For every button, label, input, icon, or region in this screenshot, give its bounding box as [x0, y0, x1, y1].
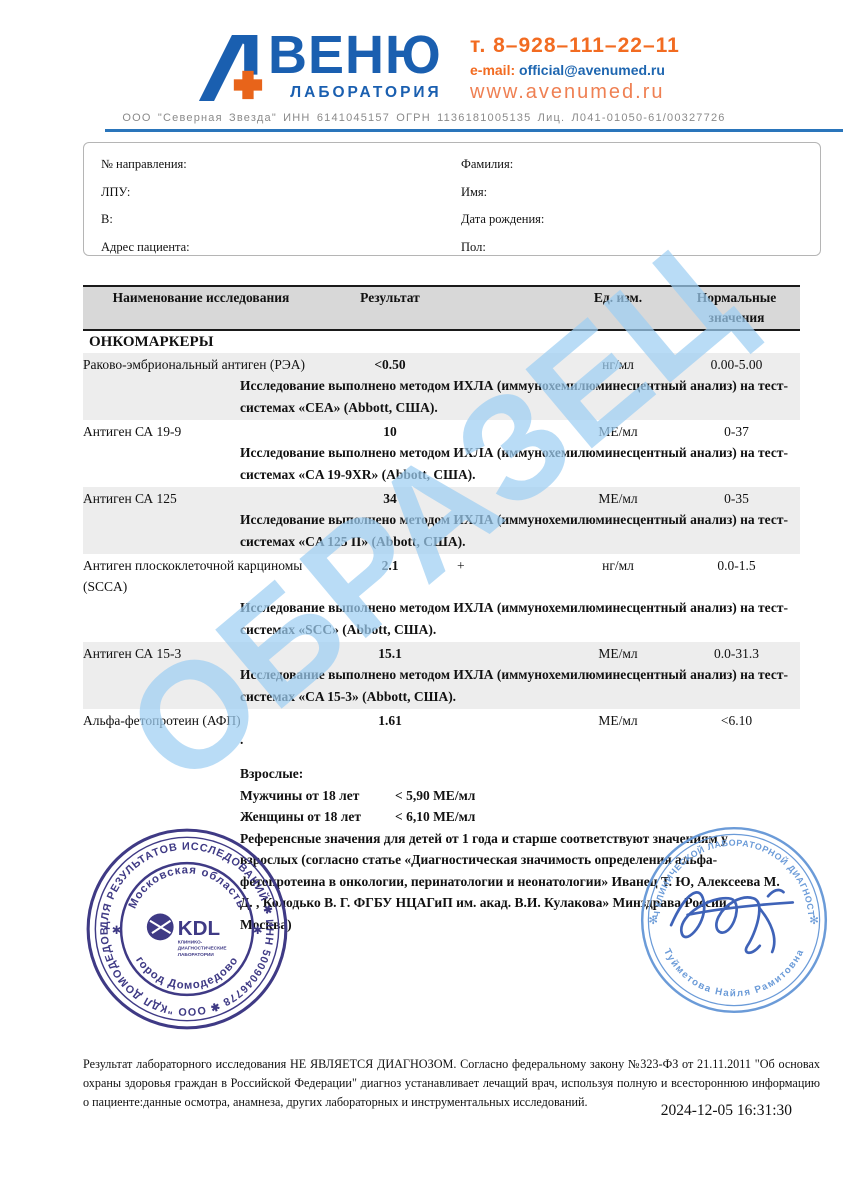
patient-field-label: Фамилия:: [461, 151, 544, 179]
star-icon: ✻: [809, 915, 819, 927]
patient-field-label: Пол:: [461, 234, 544, 262]
report-timestamp: 2024-12-05 16:31:30: [0, 1102, 792, 1120]
patient-field-label: № направления:: [101, 151, 190, 179]
patient-fields-left: № направления:ЛПУ:В:Адрес пациента:: [101, 151, 190, 261]
column-header-range: Нормальные значения: [673, 288, 800, 328]
method-note: Исследование выполнено методом ИХЛА (имм…: [240, 597, 792, 640]
result-main-line: Антиген СА 12534МЕ/мл0-35: [83, 488, 800, 509]
test-unit: нг/мл: [563, 555, 673, 597]
adults-label: Взрослые:: [240, 763, 792, 785]
column-header-unit: Ед. изм.: [563, 288, 673, 328]
brand-subtitle: ЛАБОРАТОРИЯ: [268, 84, 442, 102]
svg-text:Туйметова Найля Рамитовна: Туйметова Найля Рамитовна: [661, 947, 807, 999]
test-range: 0-37: [673, 421, 800, 442]
patient-field-label: В:: [101, 206, 190, 234]
logo: ВЕНЮ ЛАБОРАТОРИЯ: [198, 30, 442, 106]
result-row: Раково-эмбриональный антиген (РЭА)<0.50н…: [83, 353, 800, 420]
header-divider: [105, 129, 843, 132]
patient-field-label: Имя:: [461, 179, 544, 207]
result-row: Антиген плоскоклеточной карциномы (SCCA)…: [83, 554, 800, 642]
test-name: Антиген СА 19-9: [83, 421, 323, 442]
email-address: official@avenumed.ru: [519, 62, 665, 78]
test-range: 0.0-31.3: [673, 643, 800, 664]
kdl-sub-line: ЛАБОРАТОРИИ: [178, 952, 215, 958]
svg-text:город Домодедово: город Домодедово: [133, 954, 241, 991]
reference-line: Мужчины от 18 лет< 5,90 МЕ/мл: [240, 785, 792, 807]
result-row: Антиген СА 19-910МЕ/мл0-37Исследование в…: [83, 420, 800, 487]
stamp-doctor-name: Туйметова Найля Рамитовна: [661, 947, 807, 999]
test-unit: МЕ/мл: [563, 421, 673, 442]
email-label: e-mail:: [470, 62, 515, 78]
star-icon: ✻: [648, 915, 658, 927]
patient-field-label: Дата рождения:: [461, 206, 544, 234]
stamp-region-text: Московская область: [127, 864, 248, 910]
test-range: 0.0-1.5: [673, 555, 800, 597]
result-main-line: Раково-эмбриональный антиген (РЭА)<0.50н…: [83, 354, 800, 375]
method-note: Исследование выполнено методом ИХЛА (имм…: [240, 664, 792, 707]
test-name: Антиген плоскоклеточной карциномы (SCCA): [83, 555, 323, 597]
test-name: Альфа-фетопротеин (АФП): [83, 710, 323, 731]
result-main-line: Антиген СА 19-910МЕ/мл0-37: [83, 421, 800, 442]
method-note: Исследование выполнено методом ИХЛА (имм…: [240, 375, 792, 418]
doctor-stamp: ВРАЧ КЛИНИЧЕСКОЙ ЛАБОРАТОРНОЙ ДИАГНОСТИК…: [636, 822, 832, 1018]
brand-name: ВЕНЮ: [268, 30, 442, 80]
result-row: Антиген СА 12534МЕ/мл0-35Исследование вы…: [83, 487, 800, 554]
lab-report-page: ВЕНЮ ЛАБОРАТОРИЯ т. 8–928–111–22–11 e-ma…: [0, 0, 848, 1200]
method-note: Исследование выполнено методом ИХЛА (имм…: [240, 509, 792, 552]
phone-number: т. 8–928–111–22–11: [470, 34, 720, 58]
column-header-flag: [457, 288, 493, 328]
contact-block: т. 8–928–111–22–11 e-mail: official@aven…: [470, 34, 720, 104]
patient-info-box: № направления:ЛПУ:В:Адрес пациента: Фами…: [83, 142, 821, 256]
test-name: Антиген СА 125: [83, 488, 323, 509]
test-result: 2.1: [323, 555, 457, 597]
column-header-name: Наименование исследования: [83, 288, 323, 328]
website-url: www.avenumed.ru: [470, 81, 720, 104]
result-row: Антиген СА 15-315.1МЕ/мл0.0-31.3Исследов…: [83, 642, 800, 709]
test-unit: МЕ/мл: [563, 488, 673, 509]
result-main-line: Антиген СА 15-315.1МЕ/мл0.0-31.3: [83, 643, 800, 664]
test-result: 1.61: [323, 710, 457, 731]
test-result: 10: [323, 421, 457, 442]
test-result: <0.50: [323, 354, 457, 375]
test-result: 34: [323, 488, 457, 509]
test-flag: [457, 643, 493, 664]
test-name: Антиген СА 15-3: [83, 643, 323, 664]
reference-label: Мужчины от 18 лет: [240, 785, 395, 807]
patient-field-label: ЛПУ:: [101, 179, 190, 207]
kdl-sub-line: КЛИНИКО-: [178, 939, 203, 945]
reference-label: Женщины от 18 лет: [240, 806, 395, 828]
kdl-stamp-icon: ДЛЯ РЕЗУЛЬТАТОВ ИССЛЕДОВАНИЙ ✱ ИНН 50090…: [84, 826, 290, 1032]
doctor-stamp-icon: ВРАЧ КЛИНИЧЕСКОЙ ЛАБОРАТОРНОЙ ДИАГНОСТИК…: [636, 822, 832, 1018]
patient-field-label: Адрес пациента:: [101, 234, 190, 262]
svg-text:Московская область: Московская область: [127, 864, 248, 910]
test-unit: нг/мл: [563, 354, 673, 375]
test-range: 0.00-5.00: [673, 354, 800, 375]
dot-note: .: [240, 731, 792, 749]
patient-fields-right: Фамилия:Имя:Дата рождения:Пол:: [461, 151, 544, 261]
test-flag: [457, 710, 493, 731]
result-main-line: Альфа-фетопротеин (АФП)1.61МЕ/мл<6.10: [83, 710, 800, 731]
column-header-result: Результат: [323, 288, 457, 328]
test-flag: [457, 354, 493, 375]
test-flag: +: [457, 555, 493, 597]
reference-value: < 5,90 МЕ/мл: [395, 785, 475, 807]
kdl-stamp: ДЛЯ РЕЗУЛЬТАТОВ ИССЛЕДОВАНИЙ ✱ ИНН 50090…: [84, 826, 290, 1032]
svg-text:КЛИНИКО- ДИАГНОСТИЧЕСК: КЛИНИКО- ДИАГНОСТИЧЕСКИЕ ЛАБОРАТОРИИ: [178, 939, 228, 957]
test-flag: [457, 421, 493, 442]
test-range: 0-35: [673, 488, 800, 509]
results-table-header: Наименование исследования Результат Ед. …: [83, 285, 800, 331]
kdl-logo-text: KDL: [178, 917, 220, 940]
section-header: ОНКОМАРКЕРЫ: [83, 331, 800, 353]
email-line: e-mail: official@avenumed.ru: [470, 62, 720, 78]
reference-value: < 6,10 МЕ/мл: [395, 806, 475, 828]
test-flag: [457, 488, 493, 509]
result-main-line: Антиген плоскоклеточной карциномы (SCCA)…: [83, 555, 800, 597]
company-registration-line: ООО "Северная Звезда" ИНН 6141045157 ОГР…: [0, 112, 848, 124]
star-icon: ✱: [253, 925, 262, 937]
avenue-logo-icon: [198, 30, 264, 106]
test-result: 15.1: [323, 643, 457, 664]
test-range: <6.10: [673, 710, 800, 731]
test-unit: МЕ/мл: [563, 643, 673, 664]
test-name: Раково-эмбриональный антиген (РЭА): [83, 354, 323, 375]
signature: [671, 890, 793, 953]
kdl-sub-line: ДИАГНОСТИЧЕСКИЕ: [178, 946, 227, 952]
method-note: Исследование выполнено методом ИХЛА (имм…: [240, 442, 792, 485]
test-unit: МЕ/мл: [563, 710, 673, 731]
star-icon: ✱: [112, 925, 122, 937]
stamp-city-text: город Домодедово: [133, 954, 241, 991]
